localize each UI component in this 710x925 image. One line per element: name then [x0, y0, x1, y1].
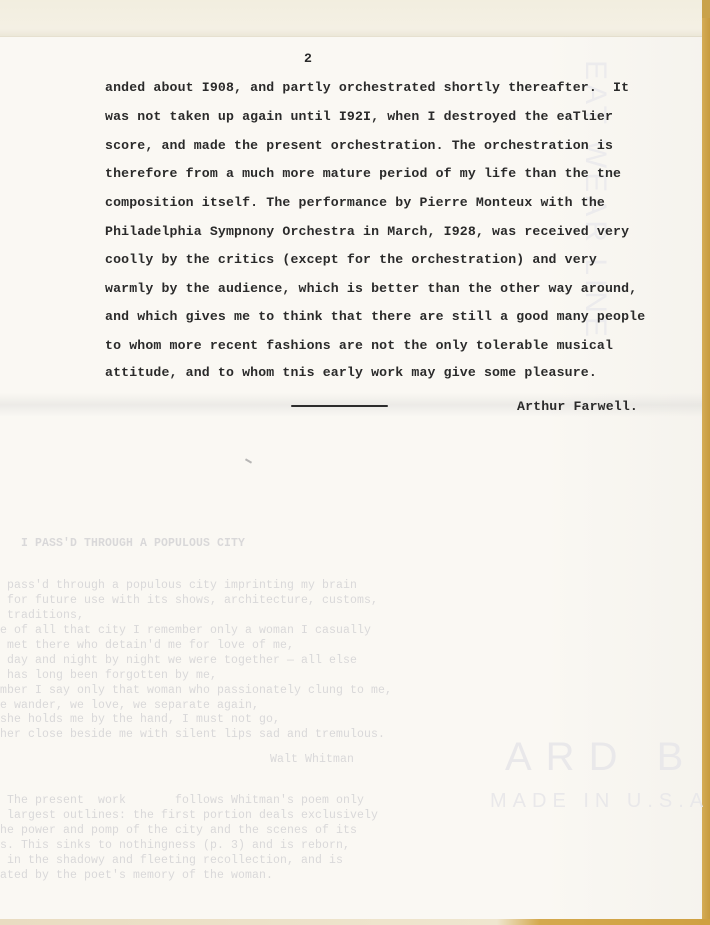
signature: Arthur Farwell.	[517, 399, 638, 414]
section-rule	[291, 405, 388, 407]
scanned-document: EAT WEAR LINE I PASS'D THROUGH A POPULOU…	[0, 0, 710, 925]
body-line: warmly by the audience, which is better …	[105, 281, 637, 296]
bleed-through-note-line: largest outlines: the first portion deal…	[0, 809, 378, 822]
bleed-through-attribution: Walt Whitman	[270, 753, 354, 766]
body-line: coolly by the critics (except for the or…	[105, 252, 597, 267]
bleed-through-note-line: ated by the poet's memory of the woman.	[0, 869, 273, 882]
paper-top-fold	[0, 0, 702, 37]
bleed-through-poem-line: met there who detain'd me for love of me…	[0, 639, 294, 652]
paper-speck	[245, 458, 252, 463]
bleed-through-stamp-subtitle: MADE IN U.S.A.	[490, 790, 710, 813]
body-line: Philadelphia Sympnony Orchestra in March…	[105, 224, 629, 239]
bleed-through-poem-line: e wander, we love, we separate again,	[0, 699, 259, 712]
bleed-through-note-line: The present work follows Whitman's poem …	[0, 794, 364, 807]
bleed-through-poem-line: pass'd through a populous city imprintin…	[0, 579, 357, 592]
bleed-through-poem-line: she holds me by the hand, I must not go,	[0, 713, 280, 726]
bleed-through-poem-line: mber I say only that woman who passionat…	[0, 684, 392, 697]
body-line: to whom more recent fashions are not the…	[105, 338, 613, 353]
body-line: score, and made the present orchestratio…	[105, 138, 613, 153]
body-line: attitude, and to whom tnis early work ma…	[105, 365, 597, 380]
bleed-through-note-line: s. This sinks to nothingness (p. 3) and …	[0, 839, 350, 852]
bleed-through-poem-line: traditions,	[0, 609, 84, 622]
bleed-through-title: I PASS'D THROUGH A POPULOUS CITY	[0, 537, 245, 550]
folder-edge	[701, 18, 710, 925]
bleed-through-poem-line: for future use with its shows, architect…	[0, 594, 378, 607]
bleed-through-poem-line: e of all that city I remember only a wom…	[0, 624, 371, 637]
body-line: was not taken up again until I92I, when …	[105, 109, 613, 124]
paper-page: EAT WEAR LINE I PASS'D THROUGH A POPULOU…	[0, 0, 702, 919]
bleed-through-poem-line: has long been forgotten by me,	[0, 669, 217, 682]
bleed-through-note-line: in the shadowy and fleeting recollection…	[0, 854, 343, 867]
bleed-through-stamp: ARD B	[505, 735, 697, 780]
body-line: and which gives me to think that there a…	[105, 309, 645, 324]
page-number: 2	[304, 51, 312, 66]
body-line: anded about I908, and partly orchestrate…	[105, 80, 629, 95]
body-line: composition itself. The performance by P…	[105, 195, 605, 210]
bleed-through-poem-line: her close beside me with silent lips sad…	[0, 728, 385, 741]
bleed-through-poem-line: day and night by night we were together …	[0, 654, 357, 667]
bleed-through-note-line: he power and pomp of the city and the sc…	[0, 824, 357, 837]
body-line: therefore from a much more mature period…	[105, 166, 621, 181]
bottom-edge	[0, 919, 710, 925]
